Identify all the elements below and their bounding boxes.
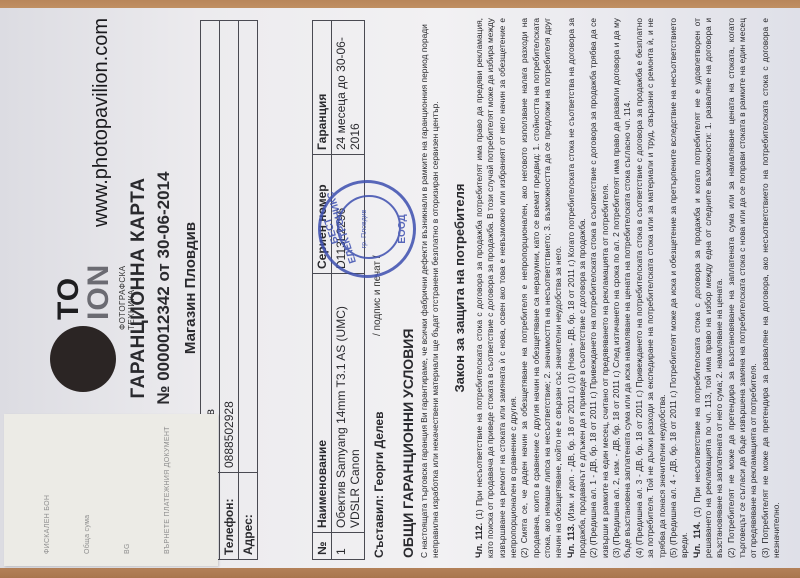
law-paragraph: (3) (Предишна ал. 2, изм. - ДВ, бр. 18 о…: [611, 18, 634, 558]
col-warranty-header: Гаранция: [313, 21, 332, 155]
item-warranty: 24 месеца до 30-06-2016: [332, 21, 365, 155]
col-number-header: №: [313, 533, 332, 560]
article-number: Чл. 112.: [474, 523, 484, 558]
law-paragraph: (4) (Предишна ал. 3 - ДВ, бр. 18 от 2011…: [634, 18, 668, 558]
receipt-lines: ФИСКАЛЕН БОНОбща сумаBGВЪРНЕТЕ ПЛАТЕЖНИЯ…: [4, 414, 218, 566]
law-paragraph: (3) Потребителят не може да претендира з…: [760, 18, 783, 558]
phone-value: 0888502928: [220, 21, 239, 473]
item-name: Обектив Samyang 14mm T3.1 AS (UMC) VDSLR…: [332, 274, 365, 533]
address-value: [239, 21, 258, 473]
law-paragraph: (2) (Предишна ал. 1 - ДВ, бр. 18 от 2011…: [588, 18, 611, 558]
consumer-protection-law: Закон за защита на потребителя Чл. 112. …: [452, 18, 782, 558]
general-terms-heading: ОБЩИ ГАРАНЦИОННИ УСЛОВИЯ: [400, 18, 416, 558]
table-row: 1 Обектив Samyang 14mm T3.1 AS (UMC) VDS…: [332, 21, 365, 560]
law-paragraph: (2) Смята се, че даден начин за обезщетя…: [519, 18, 564, 558]
phone-label: Телефон:: [220, 473, 239, 560]
receipt-line: ФИСКАЛЕН БОН: [44, 495, 51, 554]
law-paragraph: Чл. 112. (1) При несъответствие на потре…: [473, 18, 519, 558]
customer-address-row: Адрес:: [239, 21, 258, 560]
receipt-slip: ФИСКАЛЕН БОНОбща сумаBGВЪРНЕТЕ ПЛАТЕЖНИЯ…: [4, 414, 218, 566]
items-table: № Наименование Сериен номер Гаранция 1 О…: [312, 20, 365, 560]
receipt-line: ВЪРНЕТЕ ПЛАТЕЖНИЯ ДОКУМЕНТ: [164, 426, 171, 554]
items-header-row: № Наименование Сериен номер Гаранция: [313, 21, 332, 560]
logo-text-top: TO: [52, 277, 86, 320]
item-number: 1: [332, 533, 365, 560]
col-name-header: Наименование: [313, 274, 332, 533]
law-paragraphs: Чл. 112. (1) При несъответствие на потре…: [473, 18, 782, 558]
customer-phone-row: Телефон: 0888502928: [220, 21, 239, 560]
law-paragraph: Чл. 114. (1) При несъответствие на потре…: [691, 18, 726, 558]
general-terms: ОБЩИ ГАРАНЦИОННИ УСЛОВИЯ С настоящата тъ…: [400, 18, 442, 558]
law-paragraph: (2) Потребителят не може да претендира з…: [726, 18, 760, 558]
receipt-line: BG: [124, 543, 131, 554]
customer-name-value: ...о Йотков: [201, 21, 220, 473]
law-heading: Закон за защита на потребителя: [452, 18, 467, 558]
law-paragraph: (5) (Предишна ал. 4 - ДВ, бр. 18 от 2011…: [668, 18, 691, 558]
address-label: Адрес:: [239, 473, 258, 560]
law-paragraph: Чл. 113. (Изм. и доп. - ДВ, бр. 18 от 20…: [565, 18, 589, 558]
article-number: Чл. 114.: [692, 522, 702, 558]
article-number: Чл. 113.: [566, 524, 576, 558]
receipt-line: Обща сума: [84, 515, 91, 554]
general-terms-text: С настоящата търговска гаранция Ви гаран…: [419, 18, 442, 558]
compiled-by: Съставил: Георги Делев: [372, 412, 386, 558]
stamp-center-text: гр. Пловдив: [361, 203, 368, 255]
